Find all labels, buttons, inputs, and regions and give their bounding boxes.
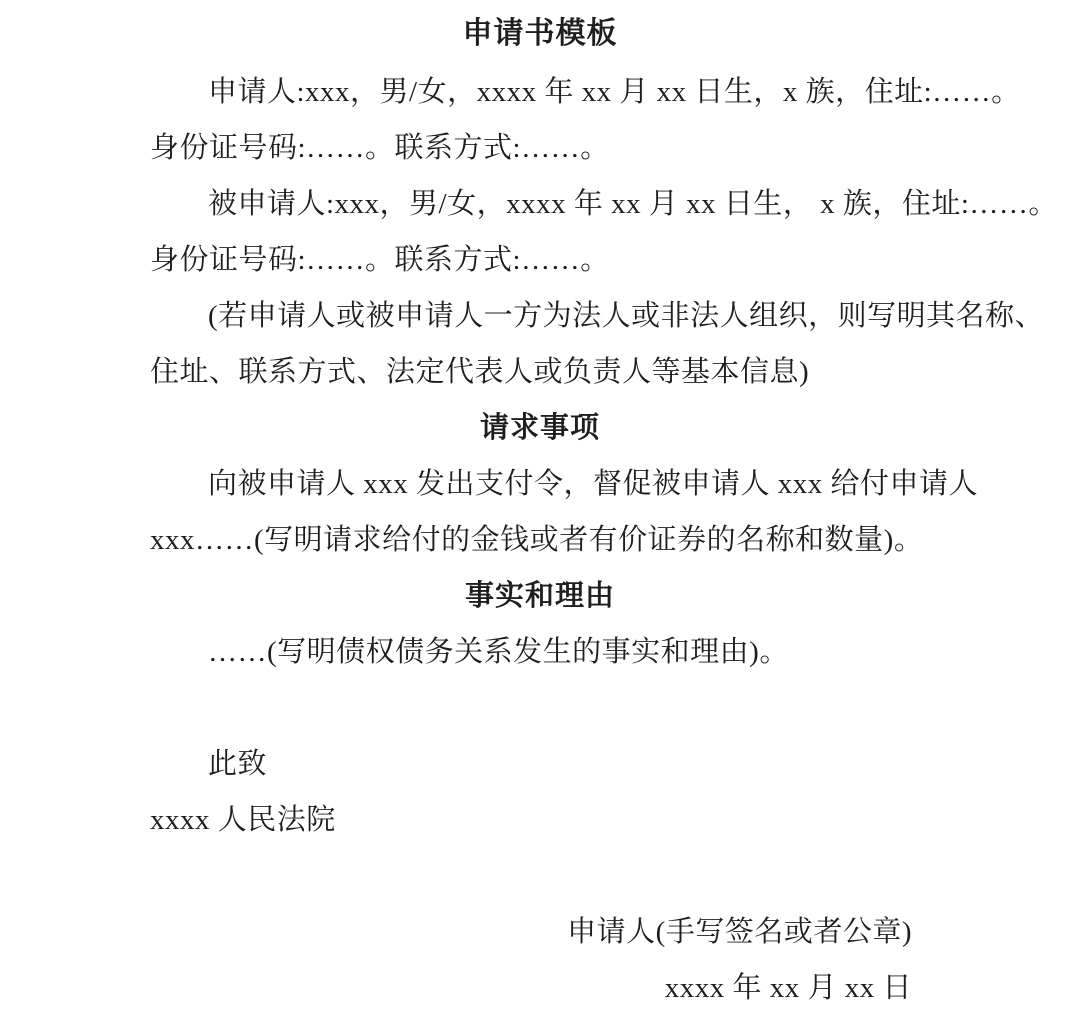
application-template-document: 申请书模板 申请人:xxx，男/女，xxxx 年 xx 月 xx 日生，x 族，… xyxy=(0,0,1080,1022)
legal-entity-note-line-1: (若申请人或被申请人一方为法人或非法人组织，则写明其名称、 xyxy=(150,288,930,344)
applicant-info-line-2: 身份证号码:……。联系方式:……。 xyxy=(150,120,930,176)
respondent-info-line-1: 被申请人:xxx，男/女，xxxx 年 xx 月 xx 日生， x 族，住址:…… xyxy=(150,176,930,232)
legal-entity-note-line-2: 住址、联系方式、法定代表人或负责人等基本信息) xyxy=(150,344,930,400)
closing-court-name: xxxx 人民法院 xyxy=(150,792,930,848)
closing-salutation: 此致 xyxy=(150,736,930,792)
respondent-info-line-2: 身份证号码:……。联系方式:……。 xyxy=(150,232,930,288)
signature-applicant-line: 申请人(手写签名或者公章) xyxy=(150,904,930,960)
applicant-info-line-1: 申请人:xxx，男/女，xxxx 年 xx 月 xx 日生，x 族，住址:……。 xyxy=(150,64,930,120)
signature-date-line: xxxx 年 xx 月 xx 日 xyxy=(150,960,930,1016)
blank-gap xyxy=(150,680,930,736)
request-items-line-1: 向被申请人 xxx 发出支付令，督促被申请人 xxx 给付申请人 xyxy=(150,456,930,512)
document-title: 申请书模板 xyxy=(150,10,930,58)
facts-and-reasons-line-1: ……(写明债权债务关系发生的事实和理由)。 xyxy=(150,624,930,680)
request-items-line-2: xxx……(写明请求给付的金钱或者有价证券的名称和数量)。 xyxy=(150,512,930,568)
request-items-heading: 请求事项 xyxy=(150,400,930,456)
facts-and-reasons-heading: 事实和理由 xyxy=(150,568,930,624)
blank-gap xyxy=(150,848,930,904)
